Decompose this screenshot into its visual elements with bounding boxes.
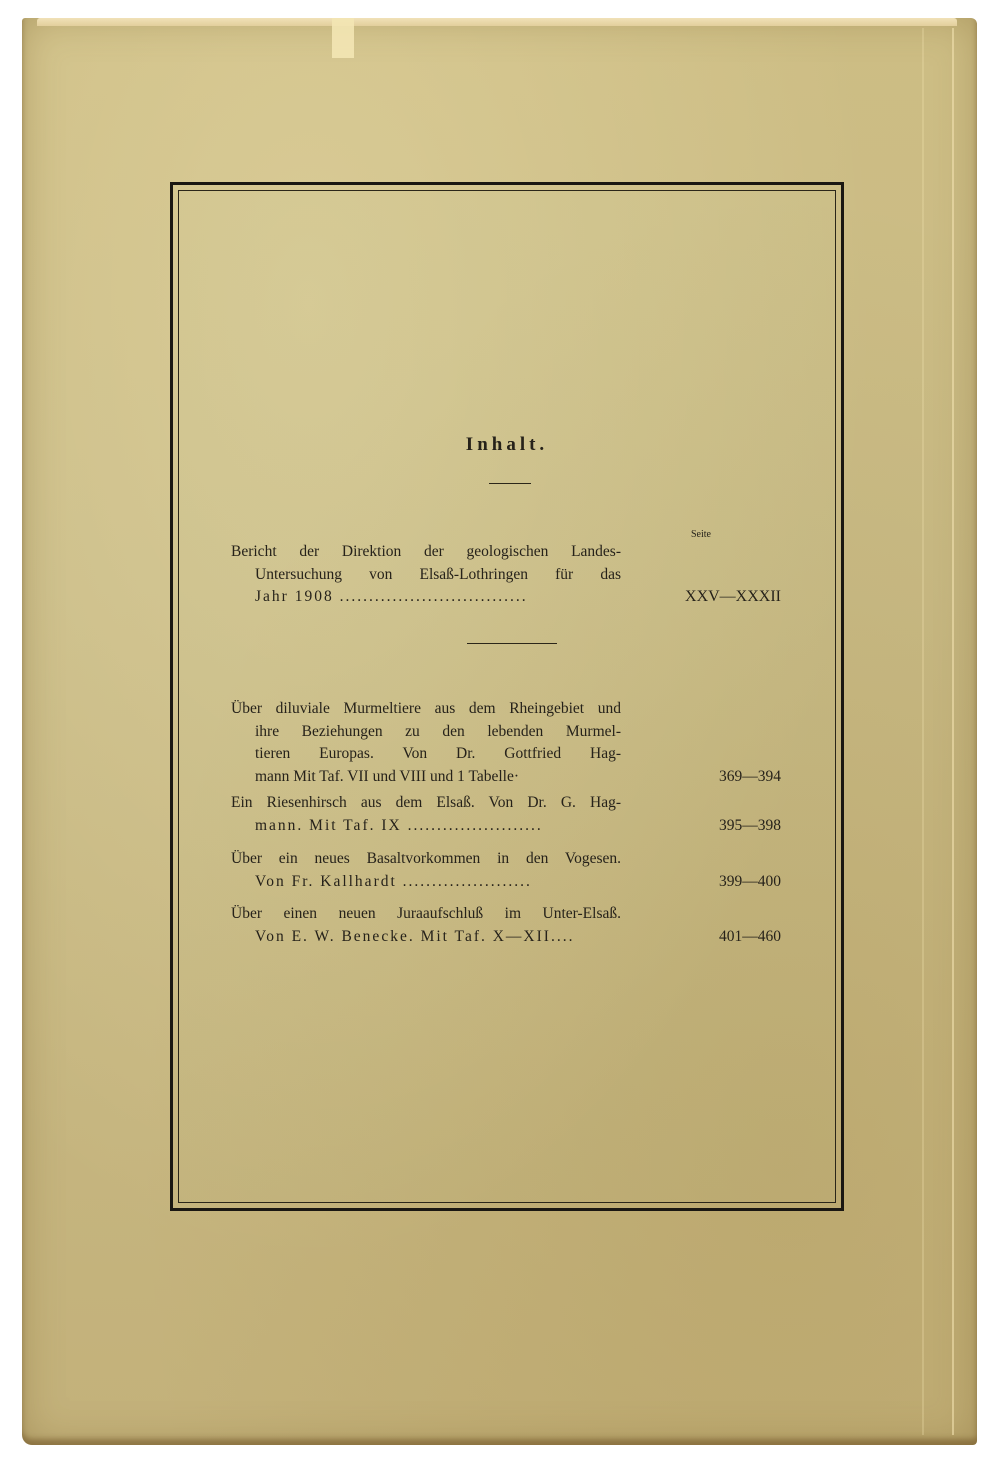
entry-line: Ein Riesenhirsch aus dem Elsaß. Von Dr. … bbox=[231, 792, 621, 815]
entry-line: Bericht der Direktion der geologischen L… bbox=[231, 541, 621, 564]
toc-entry: Über ein neues Basaltvorkommen in den Vo… bbox=[231, 848, 781, 893]
page-range: 369—394 bbox=[641, 766, 781, 789]
page-range: 401—460 bbox=[641, 926, 781, 949]
toc-entry-report: Bericht der Direktion der geologischen L… bbox=[231, 541, 781, 609]
toc-entry: Über diluviale Murmeltiere aus dem Rhein… bbox=[231, 698, 781, 788]
toc-entry: Ein Riesenhirsch aus dem Elsaß. Von Dr. … bbox=[231, 792, 781, 837]
tape-strip bbox=[332, 18, 354, 58]
entry-line: Untersuchung von Elsaß-Lothringen für da… bbox=[255, 564, 621, 587]
page-range: XXV—XXXII bbox=[685, 586, 781, 609]
entry-line: ihre Beziehungen zu den lebenden Murmel- bbox=[255, 721, 621, 744]
page-range: 395—398 bbox=[641, 815, 781, 838]
entry-line: mann Mit Taf. VII und VIII und 1 Tabelle… bbox=[255, 766, 621, 789]
entry-line: mann. Mit Taf. IX ......................… bbox=[255, 815, 621, 838]
section-rule bbox=[467, 643, 557, 644]
page-title: Inhalt. bbox=[179, 434, 835, 456]
table-of-contents: Inhalt. Seite Bericht der Direktion der … bbox=[179, 191, 835, 1202]
contents-frame: Inhalt. Seite Bericht der Direktion der … bbox=[170, 182, 844, 1211]
fold-line bbox=[922, 28, 924, 1435]
page-range: 399—400 bbox=[641, 871, 781, 894]
entry-line: Über diluviale Murmeltiere aus dem Rhein… bbox=[231, 698, 621, 721]
fold-line bbox=[952, 28, 954, 1435]
contents-frame-inner: Inhalt. Seite Bericht der Direktion der … bbox=[178, 190, 836, 1203]
toc-entry: Über einen neuen Juraaufschluß im Unter-… bbox=[231, 903, 781, 948]
entry-line: Über einen neuen Juraaufschluß im Unter-… bbox=[231, 903, 621, 926]
entry-line: Von E. W. Benecke. Mit Taf. X—XII.... bbox=[255, 926, 621, 949]
page-column-label: Seite bbox=[691, 529, 711, 540]
entry-line: Über ein neues Basaltvorkommen in den Vo… bbox=[231, 848, 621, 871]
entry-line: Jahr 1908 ..............................… bbox=[255, 586, 621, 609]
entry-line: Von Fr. Kallhardt ...................... bbox=[255, 871, 621, 894]
title-rule bbox=[489, 483, 531, 484]
document-page: Inhalt. Seite Bericht der Direktion der … bbox=[22, 18, 977, 1445]
entry-line: tieren Europas. Von Dr. Gottfried Hag- bbox=[255, 743, 621, 766]
page-top-edge bbox=[37, 18, 957, 26]
